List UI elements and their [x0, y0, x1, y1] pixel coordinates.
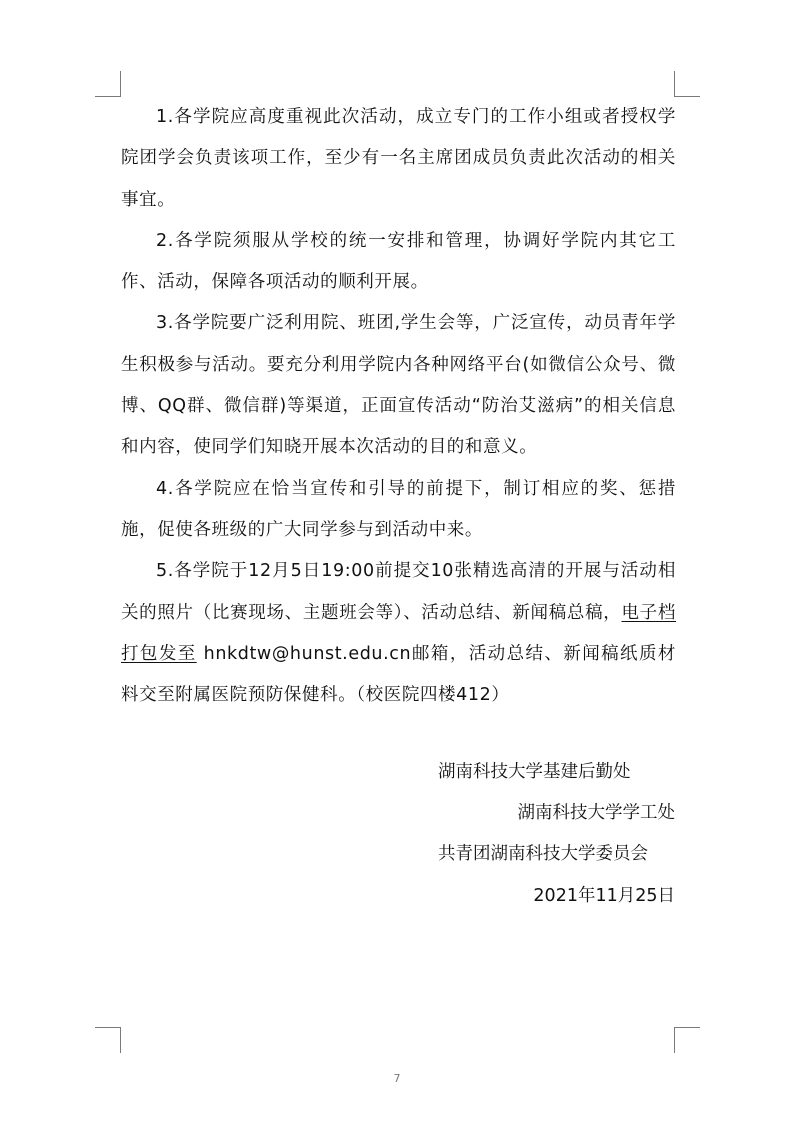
paragraph-4: 4.各学院应在恰当宣传和引导的前提下，制订相应的奖、惩措施，促使各班级的广大同学… — [121, 469, 676, 552]
paragraph-4-text: 4.各学院应在恰当宣传和引导的前提下，制订相应的奖、惩措施，促使各班级的广大同学… — [121, 479, 676, 540]
paragraph-1-text: 1.各学院应高度重视此次活动，成立专门的工作小组或者授权学院团学会负责该项工作，… — [121, 107, 676, 210]
crop-mark-bottom-right — [674, 1027, 700, 1053]
signature-date: 2021年11月25日 — [533, 884, 675, 908]
paragraph-3-text: 3.各学院要广泛利用院、班团,学生会等，广泛宣传，动员青年学生积极参与活动。要充… — [121, 313, 676, 457]
crop-mark-top-right — [674, 71, 700, 97]
signature-org-student-affairs: 湖南科技大学学工处 — [518, 801, 676, 825]
paragraph-2: 2.各学院须服从学校的统一安排和管理，协调好学院内其它工作、活动，保障各项活动的… — [121, 221, 676, 304]
signature-org-youth-league: 共青团湖南科技大学委员会 — [438, 842, 648, 866]
paragraph-3: 3.各学院要广泛利用院、班团,学生会等，广泛宣传，动员青年学生积极参与活动。要充… — [121, 303, 676, 468]
crop-mark-top-left — [95, 71, 121, 97]
paragraph-5-text-b: hnkdtw@hunst.edu.cn邮箱，活动总结、新闻稿纸质材料交至附属医院… — [121, 644, 676, 705]
document-body: 1.各学院应高度重视此次活动，成立专门的工作小组或者授权学院团学会负责该项工作，… — [121, 97, 676, 716]
paragraph-5-text-a: 5.各学院于12月5日19:00前提交10张精选高清的开展与活动相关的照片（比赛… — [121, 561, 676, 622]
paragraph-5: 5.各学院于12月5日19:00前提交10张精选高清的开展与活动相关的照片（比赛… — [121, 551, 676, 716]
page-number: 7 — [0, 1072, 794, 1085]
signature-org-logistics: 湖南科技大学基建后勤处 — [438, 760, 631, 784]
paragraph-2-text: 2.各学院须服从学校的统一安排和管理，协调好学院内其它工作、活动，保障各项活动的… — [121, 231, 676, 292]
paragraph-1: 1.各学院应高度重视此次活动，成立专门的工作小组或者授权学院团学会负责该项工作，… — [121, 97, 676, 221]
crop-mark-bottom-left — [95, 1027, 121, 1053]
